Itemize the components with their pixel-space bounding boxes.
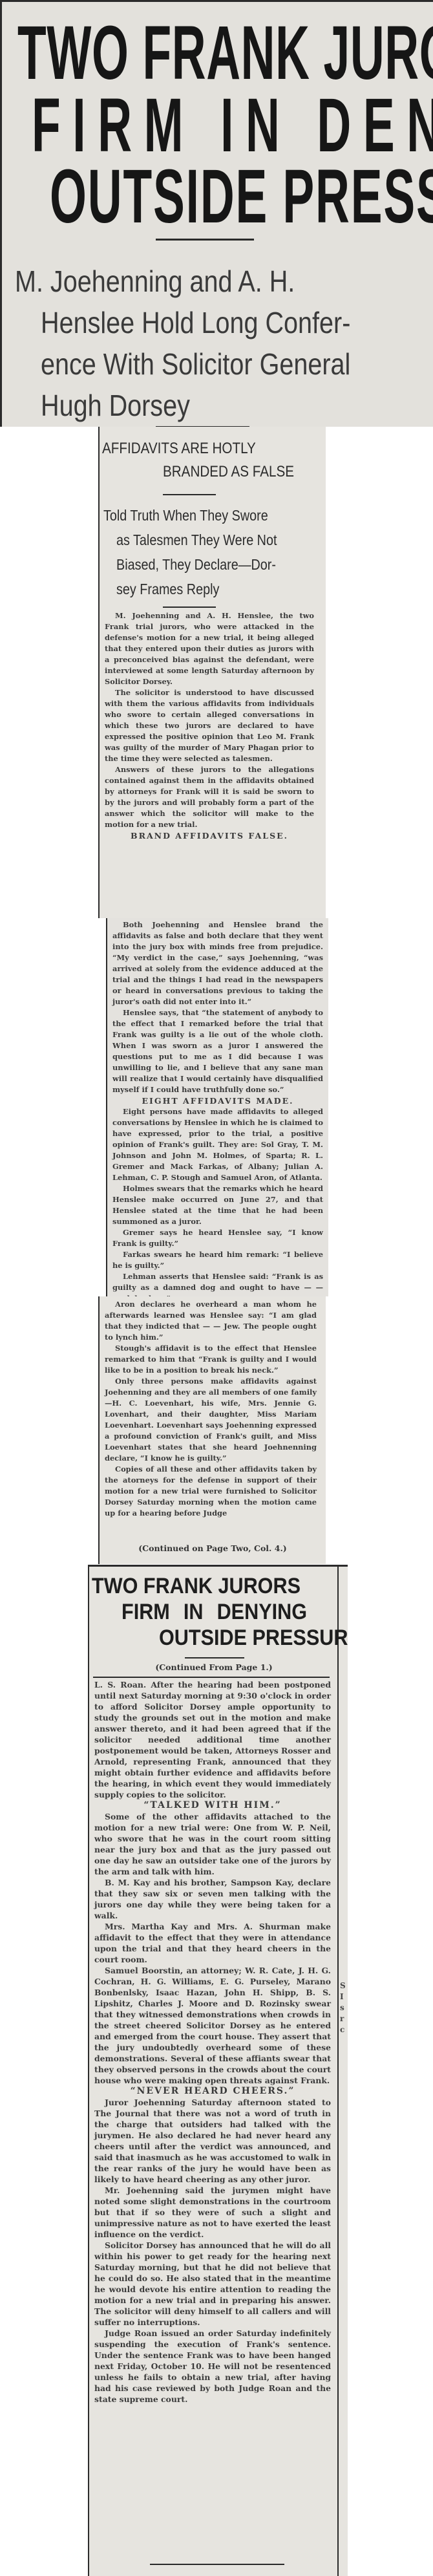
affidavits-subhead-2: as Talesmen They Were Not — [116, 528, 277, 552]
paragraph: Farkas swears he heard him remark: “I be… — [112, 1249, 323, 1271]
continuation-head-2: FIRM IN DENYING — [121, 1599, 307, 1625]
low-clipping: Aron declares he overheard a man whom he… — [98, 1296, 326, 1564]
paragraph: Eight persons have made affidavits to al… — [112, 1106, 323, 1183]
paragraph: B. M. Kay and his brother, Sampson Kay, … — [94, 1877, 331, 1921]
paragraph: Samuel Boorstin, an attorney; W. R. Cate… — [94, 1965, 331, 2086]
fragment-glyph: I — [340, 1991, 348, 2002]
affidavits-head-2: BRANDED AS FALSE — [163, 463, 294, 481]
fragment-glyph: s — [340, 2002, 348, 2013]
headline-line-3: OUTSIDE PRESSURE — [50, 158, 433, 235]
headline-clipping: TWO FRANK JURORS FIRM IN DENYING OUTSIDE… — [0, 0, 433, 427]
paragraph: Aron declares he overheard a man whom he… — [105, 1299, 317, 1343]
continued-from-note: (Continued From Page 1.) — [89, 1662, 339, 1672]
paragraph: Solicitor Dorsey has announced that he w… — [94, 2240, 331, 2328]
affidavits-subhead-1: Told Truth When They Swore — [103, 503, 268, 528]
end-rule — [150, 2564, 284, 2565]
paragraph: Stough's affidavit is to the effect that… — [105, 1343, 317, 1376]
paragraph: Henslee says, that “the statement of any… — [112, 1007, 323, 1095]
fragment-glyph: S — [340, 1980, 348, 1991]
column-divider — [337, 1567, 339, 2576]
continuation-body: L. S. Roan. After the hearing had been p… — [94, 1679, 331, 2405]
affidavits-clipping: AFFIDAVITS ARE HOTLY BRANDED AS FALSE To… — [98, 427, 326, 918]
paragraph: Holmes swears that the remarks which he … — [112, 1183, 323, 1227]
deck-line-2: Henslee Hold Long Confer- — [41, 302, 350, 343]
affidavits-body: M. Joehenning and A. H. Henslee, the two… — [105, 610, 314, 841]
subhead-brand-affidavits: BRAND AFFIDAVITS FALSE. — [105, 830, 314, 841]
continuation-head-1: TWO FRANK JURORS — [92, 1573, 301, 1599]
affidavits-head-1: AFFIDAVITS ARE HOTLY — [102, 440, 256, 458]
fragment-glyph: c — [340, 2024, 348, 2035]
paragraph: Copies of all these and other affidavits… — [105, 1464, 317, 1519]
paragraph: Mr. Joehenning said the jurymen might ha… — [94, 2185, 331, 2240]
continued-on-note: (Continued on Page Two, Col. 4.) — [100, 1543, 326, 1553]
paragraph: Some of the other affidavits attached to… — [94, 1811, 331, 1877]
deck-line-4: Hugh Dorsey — [41, 385, 190, 426]
adjacent-column-fragment: S I s r c — [340, 1980, 348, 2035]
subhead-eight-affidavits: EIGHT AFFIDAVITS MADE. — [112, 1095, 323, 1106]
paragraph: Mrs. Martha Kay and Mrs. A. Shurman make… — [94, 1921, 331, 1965]
paragraph: Gremer says he heard Henslee say, “I kno… — [112, 1227, 323, 1249]
low-body: Aron declares he overheard a man whom he… — [105, 1299, 317, 1519]
continuation-rule-2 — [93, 1677, 330, 1678]
paragraph: M. Joehenning and A. H. Henslee, the two… — [105, 610, 314, 687]
paragraph: Juror Joehenning Saturday afternoon stat… — [94, 2097, 331, 2185]
affidavits-rule-1 — [163, 494, 216, 495]
affidavits-rule-2 — [163, 606, 216, 608]
affidavits-subhead-3: Biased, They Declare—Dor- — [116, 552, 276, 577]
mid-body: Both Joehenning and Henslee brand the af… — [112, 919, 323, 1296]
headline-line-2: FIRM IN DENYING — [32, 87, 433, 164]
paragraph: Judge Roan issued an order Saturday inde… — [94, 2328, 331, 2405]
subhead-never-heard-cheers: “NEVER HEARD CHEERS.” — [94, 2086, 331, 2097]
deck-line-1: M. Joehenning and A. H. — [15, 261, 295, 302]
continuation-head-3: OUTSIDE PRESSURE — [159, 1625, 348, 1651]
headline-rule — [156, 239, 254, 241]
subhead-talked-with-him: “TALKED WITH HIM.” — [94, 1800, 331, 1811]
paragraph: Lehman asserts that Henslee said: “Frank… — [112, 1271, 323, 1296]
headline-line-1: TWO FRANK JURORS — [17, 15, 433, 91]
continuation-clipping: TWO FRANK JURORS FIRM IN DENYING OUTSIDE… — [88, 1565, 348, 2576]
paragraph: L. S. Roan. After the hearing had been p… — [94, 1679, 331, 1800]
paragraph: Answers of these jurors to the allegatio… — [105, 764, 314, 830]
deck-line-3: ence With Solicitor General — [41, 343, 350, 385]
affidavits-subhead-4: sey Frames Reply — [116, 577, 219, 601]
continuation-rule — [185, 1657, 244, 1658]
fragment-glyph: r — [340, 2013, 348, 2024]
paragraph: Only three persons make affidavits again… — [105, 1376, 317, 1464]
mid-clipping: Both Joehenning and Henslee brand the af… — [106, 918, 328, 1296]
paragraph: Both Joehenning and Henslee brand the af… — [112, 919, 323, 1007]
paragraph: The solicitor is understood to have disc… — [105, 687, 314, 764]
